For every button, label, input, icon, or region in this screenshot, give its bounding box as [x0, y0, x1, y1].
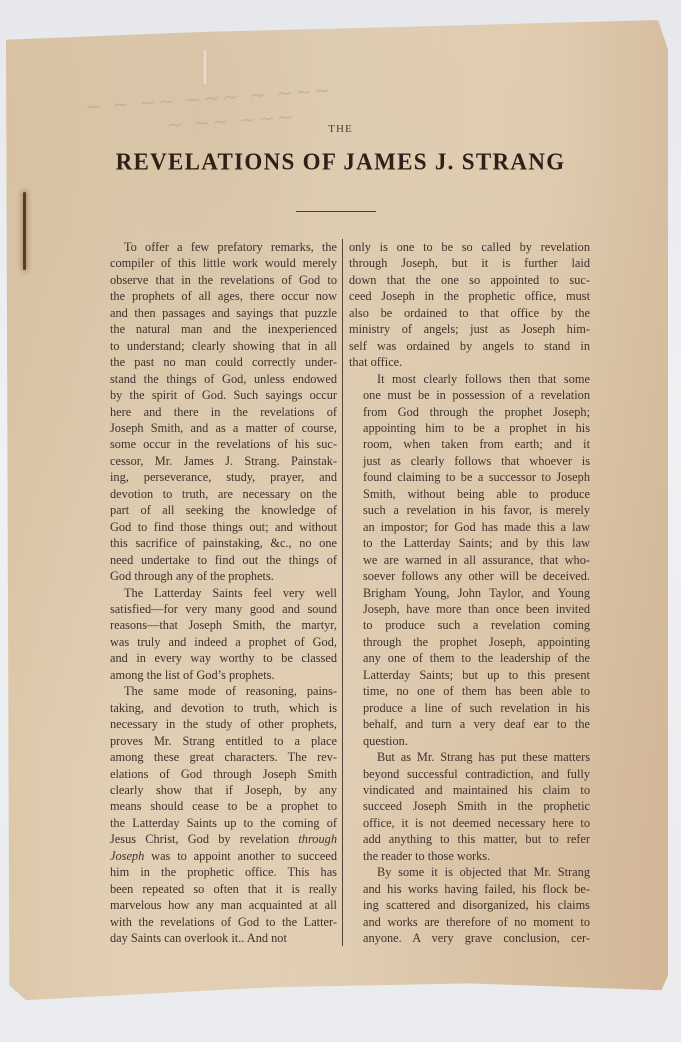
- paragraph: The same mode of reasoning, pains-taking…: [96, 683, 337, 946]
- text-line: time, no one of them has been able to: [349, 683, 590, 699]
- text-line: produce a line of such revelation in his: [349, 700, 590, 716]
- text-line: that office.: [349, 354, 590, 370]
- text-line: reasons—that Joseph Smith, the martyr,: [96, 617, 337, 633]
- text-line: anyone. A very grave conclusion, cer-: [349, 930, 590, 946]
- text-line: through the prophet Joseph, appointing: [349, 634, 590, 650]
- text-line: ing, perseverance, study, prayer, and: [96, 469, 337, 485]
- text-line: to understand; clearly showing that in a…: [96, 338, 337, 354]
- paragraph: It most clearly follows then that someon…: [349, 371, 590, 749]
- text-line: was truly and indeed a prophet of God,: [96, 634, 337, 650]
- text-line: such a revelation in his favor, is merel…: [349, 502, 590, 518]
- text-line: observe that in the revelations of God t…: [96, 272, 337, 288]
- paragraph: But as Mr. Strang has put these mattersb…: [349, 749, 590, 864]
- text-line: found claiming to be a successor to Jose…: [349, 469, 590, 485]
- text-line: It most clearly follows then that some: [349, 371, 590, 387]
- text-line: from God through the prophet Joseph;: [349, 404, 590, 420]
- text-line: Brigham Young, John Taylor, and Young: [349, 585, 590, 601]
- text-line: devotion to truth, are necessary on the: [96, 486, 337, 502]
- text-line: among the list of God’s prophets.: [96, 667, 337, 683]
- text-line: clearly show that if Joseph, by any: [96, 782, 337, 798]
- left-column: To offer a few prefatory remarks, thecom…: [96, 239, 342, 946]
- text-line: Joseph was to appoint another to succeed: [96, 848, 337, 864]
- text-line: and his works having failed, his flock b…: [349, 881, 590, 897]
- text-line: By some it is objected that Mr. Strang: [349, 864, 590, 880]
- text-line: ing scattered and disorganized, his clai…: [349, 897, 590, 913]
- text-line: and works are therefore of no moment to: [349, 914, 590, 930]
- text-line: any one of them to the leadership of the: [349, 650, 590, 666]
- page-title: REVELATIONS OF JAMES J. STRANG: [0, 148, 681, 175]
- text-line: God to find those things out; and withou…: [96, 519, 337, 535]
- text-line: compiler of this little work would merel…: [96, 255, 337, 271]
- text-line: the prophets of all ages, there occur no…: [96, 288, 337, 304]
- text-line: beyond successful contradiction, and ful…: [349, 766, 590, 782]
- text-line: office, it is not deemed necessary here …: [349, 815, 590, 831]
- text-line: behalf, and turn a very deaf ear to the: [349, 716, 590, 732]
- text-line: through Joseph, but it is further laid: [349, 255, 590, 271]
- text-line: The same mode of reasoning, pains-: [96, 683, 337, 699]
- text-line: Smith, without being able to produce: [349, 486, 590, 502]
- text-line: here and there in the revelations of: [96, 404, 337, 420]
- text-line: with the revelations of God to the Latte…: [96, 914, 337, 930]
- text-line: been repeated so often that it is really: [96, 881, 337, 897]
- text-line: we are warned in all assurance, that who…: [349, 552, 590, 568]
- text-line: by the spirit of God. Such sayings occur: [96, 387, 337, 403]
- text-line: taking, and devotion to truth, which is: [96, 700, 337, 716]
- text-line: necessary in the study of other prophets…: [96, 716, 337, 732]
- text-line: question.: [349, 733, 590, 749]
- paragraph: By some it is objected that Mr. Strangan…: [349, 864, 590, 946]
- text-line: down that the one so appointed to suc-: [349, 272, 590, 288]
- text-line: marvelous how any man acquainted at all: [96, 897, 337, 913]
- text-line: Joseph Smith, and as a matter of course,: [96, 420, 337, 436]
- text-line: need undertake to find out the things of: [96, 552, 337, 568]
- text-line: self was ordained by angels to stand in: [349, 338, 590, 354]
- title-divider: [296, 211, 376, 212]
- text-line: But as Mr. Strang has put these matters: [349, 749, 590, 765]
- text-line: to the Latterday Saints; and by this law: [349, 535, 590, 551]
- text-line: this sacrifice of painstaking, &c., no o…: [96, 535, 337, 551]
- text-line: Joseph, have more than once been invited: [349, 601, 590, 617]
- text-line: an impostor; for God has made this a law: [349, 519, 590, 535]
- text-line: and then passages and sayings that puzzl…: [96, 305, 337, 321]
- text-line: means should cease to be a prophet to: [96, 798, 337, 814]
- text-line: the past no man could correctly under-: [96, 354, 337, 370]
- text-line: satisfied—for very many good and sound: [96, 601, 337, 617]
- text-line: elations of God through Joseph Smith: [96, 766, 337, 782]
- text-line: Jesus Christ, God by revelation through: [96, 831, 337, 847]
- text-line: God through any of the prophets.: [96, 568, 337, 584]
- text-line: among these great characters. The rev-: [96, 749, 337, 765]
- text-line: ceed Joseph in the prophetic office, mus…: [349, 288, 590, 304]
- text-line: vindicated and maintained his claim to: [349, 782, 590, 798]
- text-line: The Latterday Saints feel very well: [96, 585, 337, 601]
- text-line: part of all seeking the knowledge of: [96, 502, 337, 518]
- text-line: stand the things of God, unless endowed: [96, 371, 337, 387]
- title-prefix: THE: [0, 123, 681, 135]
- text-line: the Latterday Saints up to the coming of: [96, 815, 337, 831]
- text-line: the reader to those works.: [349, 848, 590, 864]
- binding-mark: [202, 50, 208, 84]
- text-line: ministry of angels; just as Joseph him-: [349, 321, 590, 337]
- text-line: one must be in possession of a revelatio…: [349, 387, 590, 403]
- text-line: just as clearly follows that whoever is: [349, 453, 590, 469]
- text-line: succeed Joseph Smith in the prophetic: [349, 798, 590, 814]
- staple-binding: [23, 192, 26, 270]
- text-line: add anything to this matter, but to refe…: [349, 831, 590, 847]
- text-line: and in every way worthy to be classed: [96, 650, 337, 666]
- right-column: only is one to be so called by revelatio…: [342, 239, 590, 946]
- text-line: only is one to be so called by revelatio…: [349, 239, 590, 255]
- text-line: room, when taken from earth; and it: [349, 436, 590, 452]
- text-line: him in the prophetic office. This has: [96, 864, 337, 880]
- text-line: soever follows any other will be deceive…: [349, 568, 590, 584]
- text-line: the natural man and the inexperienced: [96, 321, 337, 337]
- text-line: appointing him to be a prophet in his: [349, 420, 590, 436]
- text-line: proves Mr. Strang entitled to a place: [96, 733, 337, 749]
- text-line: also be ordained to that office by the: [349, 305, 590, 321]
- text-line: To offer a few prefatory remarks, the: [96, 239, 337, 255]
- paragraph: To offer a few prefatory remarks, thecom…: [96, 239, 337, 585]
- paragraph: The Latterday Saints feel very wellsatis…: [96, 585, 337, 684]
- text-line: day Saints can overlook it.. And not: [96, 930, 337, 946]
- text-line: cessor, Mr. James J. Strang. Painstak-: [96, 453, 337, 469]
- text-line: Latterday Saints; but up to this present: [349, 667, 590, 683]
- text-line: some occur in the revelations of his suc…: [96, 436, 337, 452]
- body-text: To offer a few prefatory remarks, thecom…: [96, 239, 602, 946]
- paragraph: only is one to be so called by revelatio…: [349, 239, 590, 371]
- text-line: to produce such a revelation coming: [349, 617, 590, 633]
